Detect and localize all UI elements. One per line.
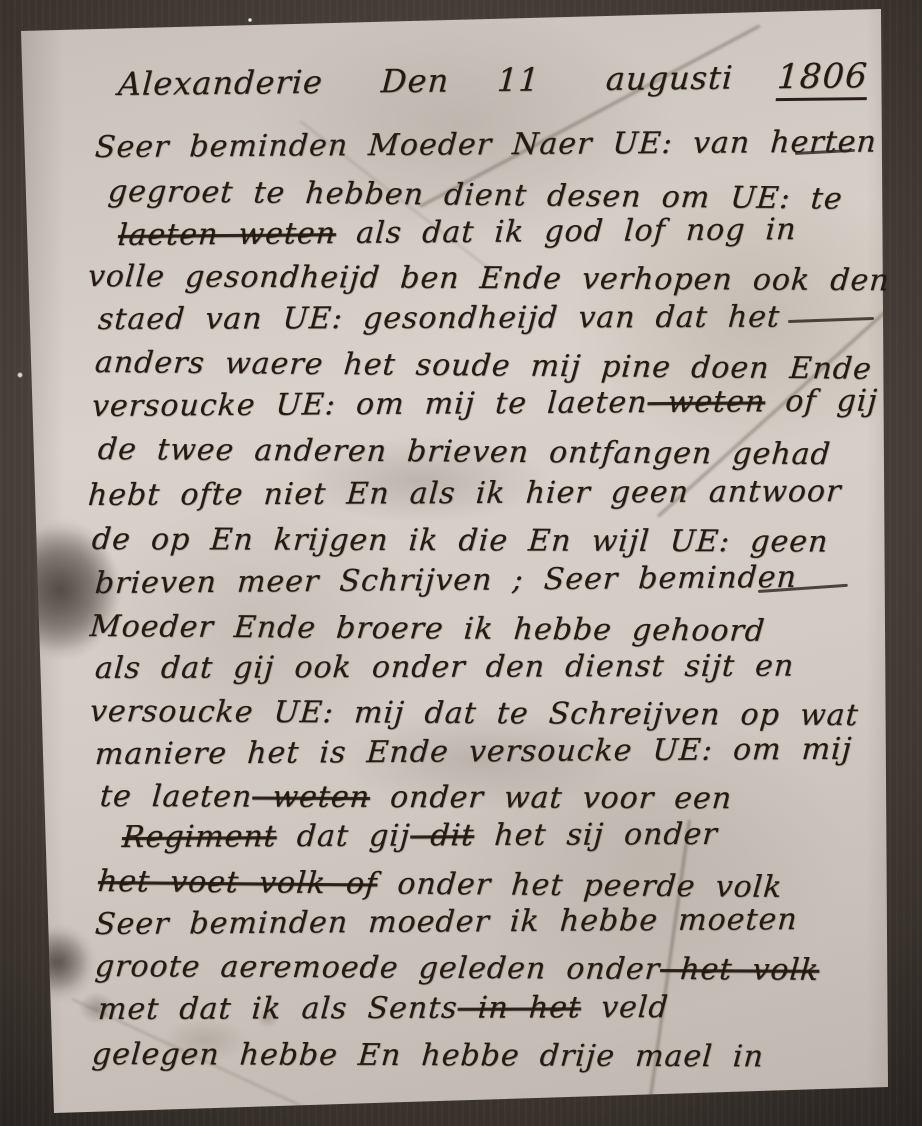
letter-line: maniere het is Ende versoucke UE: om mij xyxy=(94,732,853,772)
letter-word-segment: weten xyxy=(251,780,371,815)
letter-line: Seer beminden moeder ik hebbe moeten xyxy=(94,902,799,942)
letter-line: anders waere het soude mij pine doen End… xyxy=(94,345,874,387)
letter-word-segment: weten xyxy=(646,384,766,420)
letter-word-segment: groote aeremoede xyxy=(94,949,400,986)
letter-line: als dat gij ook onder den dienst sijt en xyxy=(94,649,796,686)
letter-line: de twee anderen brieven ontfangen gehad xyxy=(97,432,832,472)
letter-word-segment: brieven meer Schrijven ; Seer beminden xyxy=(94,560,798,601)
letter-word-segment: gegroet te hebben dient desen om UE: te xyxy=(107,174,844,217)
letter-word-segment: onder wat voor een xyxy=(369,780,734,816)
letter-word-segment: het volk xyxy=(659,952,821,988)
letter-word-segment: veld xyxy=(580,990,670,1025)
letter-word-segment: als dat ik god lof nog in xyxy=(335,212,798,251)
date-month: augusti xyxy=(605,59,735,98)
letter-word-segment: versoucke UE: mij dat te Schreijven op w… xyxy=(89,694,860,733)
letter-word-segment: het sij onder xyxy=(473,817,719,853)
letter-word-segment: onder het peerde volk xyxy=(376,866,784,905)
letter-word-segment: in het xyxy=(457,990,583,1025)
letter-line: te laeten weten onder wat voor een xyxy=(99,779,734,816)
photo-backdrop: AlexanderieDen11augusti1806 Seer beminde… xyxy=(0,0,922,1126)
date-word-den: Den xyxy=(380,62,450,101)
letter-word-segment: volle gesondheijd ben Ende verhopen ook … xyxy=(87,259,891,298)
letter-line: Moeder Ende broere ik hebbe gehoord xyxy=(89,609,767,649)
letter-word-segment: staed van UE: gesondheijd van dat het xyxy=(97,300,781,337)
letter-line: volle gesondheijd ben Ende verhopen ook … xyxy=(87,259,891,298)
letter-line: Seer beminden Moeder Naer UE: van herten xyxy=(94,125,878,165)
place-name: Alexanderie xyxy=(117,63,324,103)
letter-word-segment: versoucke UE: om mij te laeten xyxy=(91,385,649,424)
letter-word-segment: anders waere het soude mij pine doen End… xyxy=(94,345,874,387)
letter-line: met dat ik als Sents in het veld xyxy=(97,990,670,1027)
pen-flourish xyxy=(788,317,874,322)
letter-line: hebt ofte niet En als ik hier geen antwo… xyxy=(87,474,843,513)
letter-header: AlexanderieDen11augusti1806 xyxy=(117,56,869,108)
letter-word-segment: als dat gij ook onder den dienst sijt en xyxy=(94,649,796,686)
letter-line: brieven meer Schrijven ; Seer beminden xyxy=(94,560,798,601)
letter-word-segment: of gij xyxy=(764,384,879,420)
letter-word-segment: Moeder Ende broere ik hebbe gehoord xyxy=(89,609,767,649)
letter-word-segment: Regiment xyxy=(121,819,278,855)
letter-word-segment: de op En krijgen ik die En wijl UE: geen xyxy=(91,522,830,560)
letter-word-segment: hebt ofte niet En als ik hier geen antwo… xyxy=(87,474,843,513)
letter-word-segment: dit xyxy=(409,818,475,853)
letter-word-segment: het voet volk of xyxy=(97,864,379,901)
date-year: 1806 xyxy=(776,56,869,101)
date-day: 11 xyxy=(496,61,541,99)
letter-word-segment: dat gij xyxy=(276,818,412,854)
letter-word-segment: laeten weten xyxy=(117,216,337,253)
letter-word-segment: maniere het is Ende versoucke UE: om mij xyxy=(94,732,853,772)
letter-word-segment: Seer beminden Moeder Naer UE: van herten xyxy=(94,125,878,165)
letter-line: gelegen hebbe En hebbe drije mael in xyxy=(91,1037,765,1074)
letter-text: AlexanderieDen11augusti1806 Seer beminde… xyxy=(0,0,922,1126)
letter-line: laeten weten als dat ik god lof nog in xyxy=(117,212,798,253)
letter-word-segment: de twee anderen brieven ontfangen gehad xyxy=(97,432,832,472)
letter-line: de op En krijgen ik die En wijl UE: geen xyxy=(91,522,830,560)
letter-line: gegroet te hebben dient desen om UE: te xyxy=(107,174,844,217)
letter-word-segment: met dat ik als Sents xyxy=(97,991,459,1027)
letter-word-segment: gelegen hebbe En hebbe drije mael in xyxy=(91,1037,765,1074)
letter-word-segment: geleden onder xyxy=(397,951,661,987)
letter-line: Regiment dat gij dit het sij onder xyxy=(121,817,719,855)
letter-line: het voet volk of onder het peerde volk xyxy=(97,864,784,905)
letter-line: versoucke UE: mij dat te Schreijven op w… xyxy=(89,694,860,733)
letter-line: versoucke UE: om mij te laeten weten of … xyxy=(91,384,879,425)
letter-line: staed van UE: gesondheijd van dat het xyxy=(97,300,781,337)
letter-word-segment: te laeten xyxy=(99,779,254,815)
letter-line: groote aeremoede geleden onder het volk xyxy=(94,949,821,988)
letter-word-segment: Seer beminden moeder ik hebbe moeten xyxy=(94,902,799,942)
